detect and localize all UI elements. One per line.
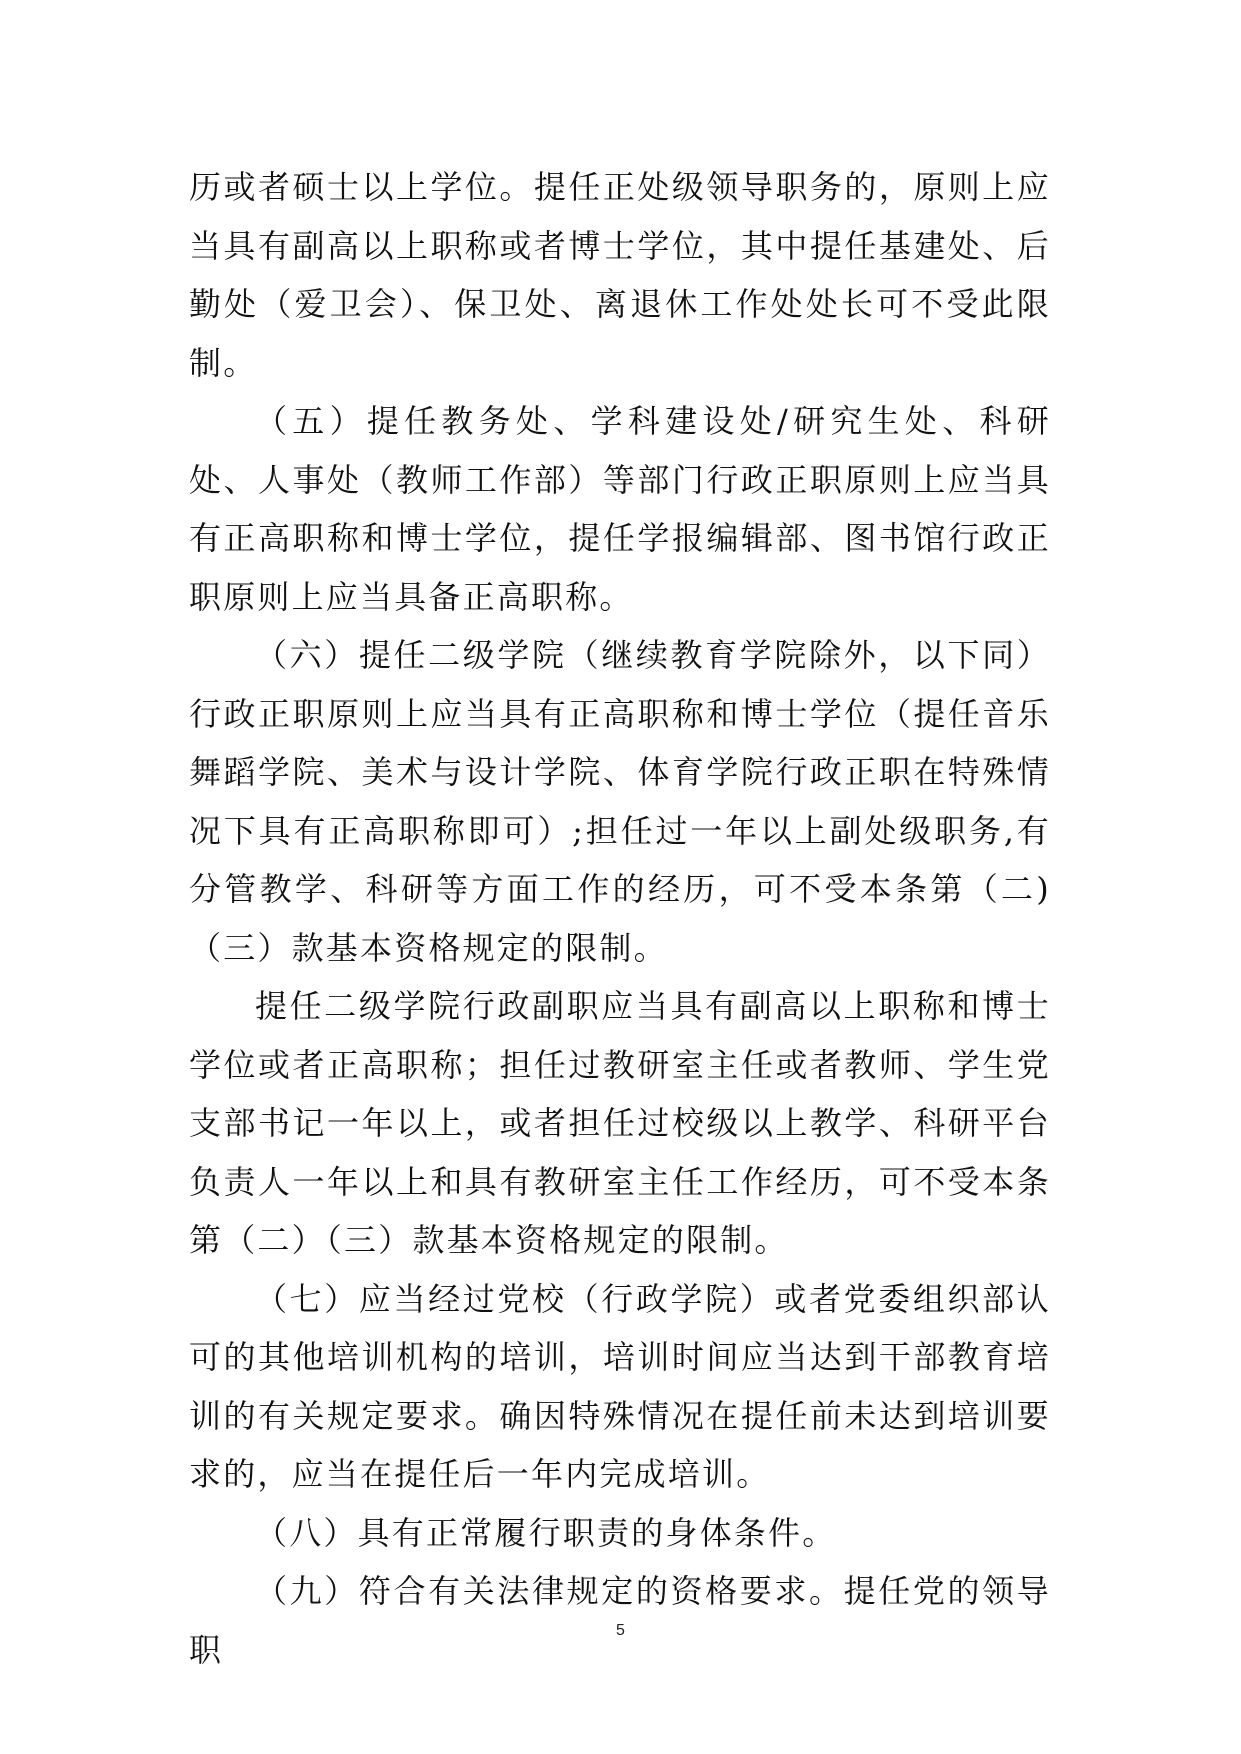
paragraph-item-6-deputy: 提任二级学院行政副职应当具有副高以上职称和博士学位或者正高职称；担任过教研室主任…	[189, 977, 1051, 1270]
paragraph-item-8: （八）具有正常履行职责的身体条件。	[189, 1504, 1051, 1563]
page-number: 5	[0, 1622, 1241, 1640]
document-body: 历或者硕士以上学位。提任正处级领导职务的，原则上应当具有副高以上职称或者博士学位…	[189, 158, 1051, 1679]
document-page: 历或者硕士以上学位。提任正处级领导职务的，原则上应当具有副高以上职称或者博士学位…	[0, 0, 1241, 1754]
paragraph-continuation: 历或者硕士以上学位。提任正处级领导职务的，原则上应当具有副高以上职称或者博士学位…	[189, 158, 1051, 392]
paragraph-item-7: （七）应当经过党校（行政学院）或者党委组织部认可的其他培训机构的培训，培训时间应…	[189, 1270, 1051, 1504]
paragraph-item-9: （九）符合有关法律规定的资格要求。提任党的领导职	[189, 1562, 1051, 1679]
paragraph-item-6: （六）提任二级学院（继续教育学院除外，以下同）行政正职原则上应当具有正高职称和博…	[189, 626, 1051, 977]
paragraph-item-5: （五）提任教务处、学科建设处/研究生处、科研处、人事处（教师工作部）等部门行政正…	[189, 392, 1051, 626]
